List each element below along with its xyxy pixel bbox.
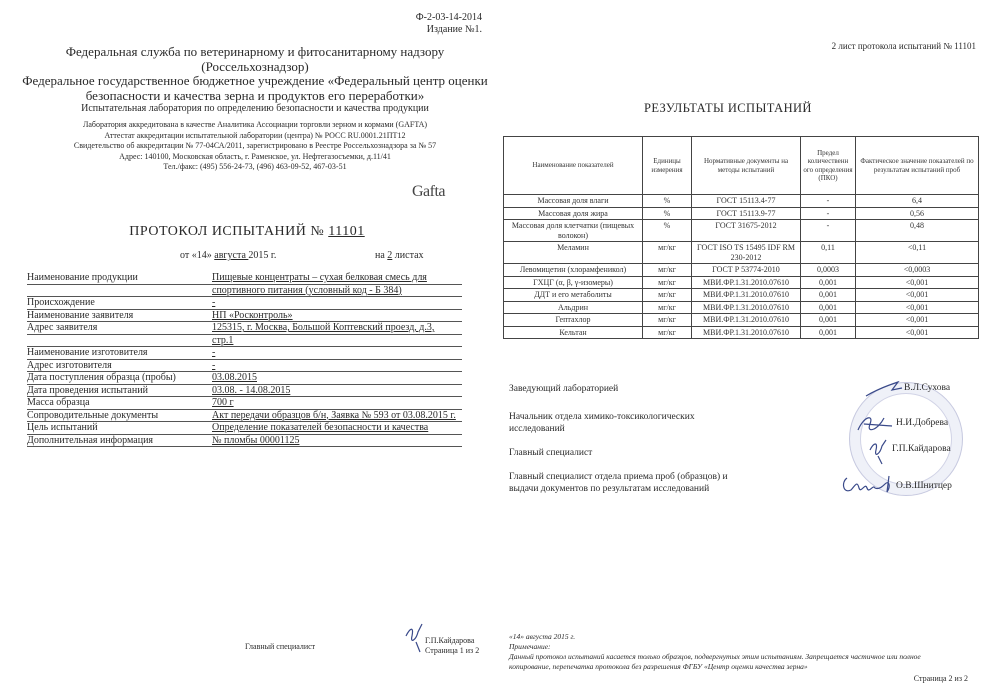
field-row: Масса образца700 г — [27, 397, 462, 410]
cell-indicator: Кельтан — [504, 326, 643, 339]
cell-indicator: Левомицетин (хлорамфеникол) — [504, 264, 643, 277]
cell-indicator: Альдрин — [504, 301, 643, 314]
signer-role: Главный специалист — [245, 642, 315, 651]
agency-short-name: (Россельхознадзор) — [20, 59, 490, 74]
results-table: Наименование показателей Единицы измерен… — [503, 136, 979, 339]
cell-method: ГОСТ ISO TS 15495 IDF RM 230-2012 — [692, 242, 801, 264]
field-row: Дата проведения испытаний03.08. - 14.08.… — [27, 385, 462, 398]
signature-icon — [839, 472, 899, 498]
col-unit: Единицы измерения — [643, 137, 692, 195]
cell-method: МВИ.ФР.1.31.2010.07610 — [692, 301, 801, 314]
date-month: августа — [214, 250, 248, 261]
cell-indicator: Массовая доля влаги — [504, 195, 643, 208]
cell-value: <0,001 — [856, 276, 979, 289]
cell-value: <0,001 — [856, 289, 979, 302]
sheet-header: 2 лист протокола испытаний № 11101 — [832, 41, 976, 51]
signer-name: Г.П.Кайдарова — [425, 636, 479, 646]
cell-unit: мг/кг — [643, 301, 692, 314]
table-row: Альдринмг/кгМВИ.ФР.1.31.2010.076100,001<… — [504, 301, 979, 314]
field-value: - — [212, 297, 462, 309]
accreditation-line: Лаборатория аккредитована в качестве Ана… — [20, 120, 490, 131]
cell-method: МВИ.ФР.1.31.2010.07610 — [692, 276, 801, 289]
protocol-title-text: ПРОТОКОЛ ИСПЫТАНИЙ № — [129, 224, 328, 239]
protocol-title: ПРОТОКОЛ ИСПЫТАНИЙ № 11101 — [0, 224, 494, 240]
field-row: Цель испытанийОпределение показателей бе… — [27, 422, 462, 435]
gafta-logo: Gafta — [412, 183, 445, 201]
protocol-number: 11101 — [328, 224, 364, 239]
signature-icon — [864, 378, 904, 398]
form-code: Ф-2-03-14-2014 Издание №1. — [416, 12, 482, 36]
field-row: Происхождение- — [27, 297, 462, 310]
cell-indicator: Массовая доля жира — [504, 207, 643, 220]
signatory-name: В.Л.Сухова — [904, 383, 950, 393]
field-row: Адрес изготовителя- — [27, 360, 462, 373]
cell-unit: мг/кг — [643, 326, 692, 339]
page-number: Страница 1 из 2 — [425, 646, 479, 656]
accreditation-block: Лаборатория аккредитована в качестве Ана… — [20, 120, 490, 173]
field-label: Масса образца — [27, 397, 212, 409]
field-row: Наименование изготовителя- — [27, 347, 462, 360]
field-label: Наименование заявителя — [27, 310, 212, 322]
edition-label: Издание №1. — [416, 24, 482, 36]
table-row: Левомицетин (хлорамфеникол)мг/кгГОСТ Р 5… — [504, 264, 979, 277]
field-label: Дата поступления образца (пробы) — [27, 372, 212, 384]
footer-note: «14» августа 2015 г. Примечание: Данный … — [509, 632, 949, 672]
sheet-count: на 2 листах — [375, 250, 424, 261]
signature-icon — [866, 438, 890, 466]
field-label: Цель испытаний — [27, 422, 212, 434]
field-row: Наименование продукцииПищевые концентрат… — [27, 272, 462, 285]
cell-indicator: Массовая доля клетчатки (пищевых волокон… — [504, 220, 643, 242]
footer-date: «14» августа 2015 г. — [509, 632, 949, 642]
cell-loq: - — [801, 195, 856, 208]
table-row: Массовая доля клетчатки (пищевых волокон… — [504, 220, 979, 242]
agency-name: Федеральная служба по ветеринарному и фи… — [20, 44, 490, 59]
signatory-role: Начальник отдела химико-токсикологически… — [509, 411, 709, 435]
field-label: Наименование продукции — [27, 272, 212, 284]
cell-loq: 0,001 — [801, 314, 856, 327]
table-row: ГХЦГ (α, β, γ-изомеры)мг/кгМВИ.ФР.1.31.2… — [504, 276, 979, 289]
cell-indicator: Меламин — [504, 242, 643, 264]
col-loq: Предел количественн ого определения (ПКО… — [801, 137, 856, 195]
cell-indicator: Гептахлор — [504, 314, 643, 327]
protocol-fields: Наименование продукцииПищевые концентрат… — [27, 272, 462, 447]
cell-value: 0,56 — [856, 207, 979, 220]
signer-block: Г.П.Кайдарова Страница 1 из 2 — [425, 636, 479, 656]
cell-value: <0,11 — [856, 242, 979, 264]
cell-unit: % — [643, 195, 692, 208]
cell-loq: 0,0003 — [801, 264, 856, 277]
signatory-role: Главный специалист — [509, 447, 592, 459]
signatory-name: Г.П.Кайдарова — [892, 444, 951, 454]
field-label: Дополнительная информация — [27, 435, 212, 447]
cell-method: МВИ.ФР.1.31.2010.07610 — [692, 289, 801, 302]
note-text: Данный протокол испытаний касается тольк… — [509, 652, 949, 672]
signatory-name: Н.И.Добрева — [896, 418, 948, 428]
cell-loq: 0,001 — [801, 289, 856, 302]
field-row: Наименование заявителяНП «Росконтроль» — [27, 310, 462, 323]
field-row: спортивного питания (условный код - Б 38… — [27, 285, 462, 298]
cell-loq: 0,001 — [801, 326, 856, 339]
cell-unit: мг/кг — [643, 264, 692, 277]
field-value: Пищевые концентраты – сухая белковая сме… — [212, 272, 462, 284]
cell-value: <0,001 — [856, 314, 979, 327]
field-label: Наименование изготовителя — [27, 347, 212, 359]
cell-loq: - — [801, 207, 856, 220]
cell-unit: мг/кг — [643, 289, 692, 302]
cell-value: 6,4 — [856, 195, 979, 208]
protocol-page-2: 2 лист протокола испытаний № 11101 РЕЗУЛ… — [494, 0, 988, 690]
form-code-number: Ф-2-03-14-2014 — [416, 12, 482, 24]
table-row: Массовая доля жира%ГОСТ 15113.9-77-0,56 — [504, 207, 979, 220]
cell-indicator: ДДТ и его метаболиты — [504, 289, 643, 302]
field-row: Сопроводительные документыАкт передачи о… — [27, 410, 462, 423]
institution-name-1: Федеральное государственное бюджетное уч… — [20, 74, 490, 88]
sheet-prefix: на — [375, 250, 387, 261]
field-value: Определение показателей безопасности и к… — [212, 422, 462, 434]
field-row: стр.1 — [27, 335, 462, 348]
accreditation-line: Свидетельство об аккредитации № 77-04СА/… — [20, 141, 490, 152]
date-day: от «14» — [180, 250, 214, 261]
field-label: Адрес изготовителя — [27, 360, 212, 372]
cell-value: <0,0003 — [856, 264, 979, 277]
table-row: ДДТ и его метаболитымг/кгМВИ.ФР.1.31.201… — [504, 289, 979, 302]
field-value: - — [212, 347, 462, 359]
protocol-page-1: Ф-2-03-14-2014 Издание №1. Федеральная с… — [0, 0, 494, 690]
field-value: 03.08. - 14.08.2015 — [212, 385, 462, 397]
protocol-date: от «14» августа 2015 г. — [180, 250, 276, 261]
cell-method: ГОСТ 31675-2012 — [692, 220, 801, 242]
date-year: 2015 г. — [248, 250, 276, 261]
cell-unit: мг/кг — [643, 276, 692, 289]
cell-method: ГОСТ 15113.4-77 — [692, 195, 801, 208]
field-value: № пломбы 00001125 — [212, 435, 462, 447]
table-header-row: Наименование показателей Единицы измерен… — [504, 137, 979, 195]
table-row: Кельтанмг/кгМВИ.ФР.1.31.2010.076100,001<… — [504, 326, 979, 339]
cell-unit: % — [643, 207, 692, 220]
note-label: Примечание: — [509, 642, 949, 652]
cell-indicator: ГХЦГ (α, β, γ-изомеры) — [504, 276, 643, 289]
field-value: Акт передачи образцов б/н, Заявка № 593 … — [212, 410, 462, 422]
cell-unit: мг/кг — [643, 314, 692, 327]
cell-value: <0,001 — [856, 301, 979, 314]
col-indicator: Наименование показателей — [504, 137, 643, 195]
institution-name-2: безопасности и качества зерна и продукто… — [20, 89, 490, 103]
field-value: - — [212, 360, 462, 372]
cell-method: ГОСТ 15113.9-77 — [692, 207, 801, 220]
field-label: Адрес заявителя — [27, 322, 212, 334]
signatory-role: Главный специалист отдела приема проб (о… — [509, 471, 749, 495]
sheet-suffix: листах — [392, 250, 423, 261]
field-value: стр.1 — [212, 335, 462, 347]
cell-unit: мг/кг — [643, 242, 692, 264]
cell-method: ГОСТ Р 53774-2010 — [692, 264, 801, 277]
signature-icon — [854, 410, 894, 440]
field-row: Дополнительная информация№ пломбы 000011… — [27, 435, 462, 448]
cell-unit: % — [643, 220, 692, 242]
lab-name: Испытательная лаборатория по определению… — [20, 103, 490, 115]
field-value: 125315, г. Москва, Большой Коптевский пр… — [212, 322, 462, 334]
field-label: Дата проведения испытаний — [27, 385, 212, 397]
page-number: Страница 2 из 2 — [914, 674, 968, 683]
cell-method: МВИ.ФР.1.31.2010.07610 — [692, 326, 801, 339]
field-value: НП «Росконтроль» — [212, 310, 462, 322]
field-value: спортивного питания (условный код - Б 38… — [212, 285, 462, 297]
accreditation-line: Тел./факс: (495) 556-24-73, (496) 463-09… — [20, 162, 490, 173]
table-row: Меламинмг/кгГОСТ ISO TS 15495 IDF RM 230… — [504, 242, 979, 264]
field-value: 03.08.2015 — [212, 372, 462, 384]
col-method: Нормативные документы на методы испытани… — [692, 137, 801, 195]
results-title: РЕЗУЛЬТАТЫ ИСПЫТАНИЙ — [644, 101, 812, 116]
field-label: Сопроводительные документы — [27, 410, 212, 422]
table-row: Гептахлормг/кгМВИ.ФР.1.31.2010.076100,00… — [504, 314, 979, 327]
field-row: Дата поступления образца (пробы)03.08.20… — [27, 372, 462, 385]
cell-loq: 0,11 — [801, 242, 856, 264]
signatory-role: Заведующий лабораторией — [509, 383, 618, 395]
cell-value: <0,001 — [856, 326, 979, 339]
field-row: Адрес заявителя125315, г. Москва, Большо… — [27, 322, 462, 335]
cell-loq: 0,001 — [801, 276, 856, 289]
accreditation-line: Адрес: 140100, Московская область, г. Ра… — [20, 152, 490, 163]
table-row: Массовая доля влаги%ГОСТ 15113.4-77-6,4 — [504, 195, 979, 208]
cell-loq: - — [801, 220, 856, 242]
cell-method: МВИ.ФР.1.31.2010.07610 — [692, 314, 801, 327]
col-value: Фактическое значение показателей по резу… — [856, 137, 979, 195]
signatory-name: О.В.Шнитцер — [896, 481, 952, 491]
field-label: Происхождение — [27, 297, 212, 309]
cell-loq: 0,001 — [801, 301, 856, 314]
field-value: 700 г — [212, 397, 462, 409]
accreditation-line: Аттестат аккредитации испытательной лабо… — [20, 131, 490, 142]
cell-value: 0,48 — [856, 220, 979, 242]
